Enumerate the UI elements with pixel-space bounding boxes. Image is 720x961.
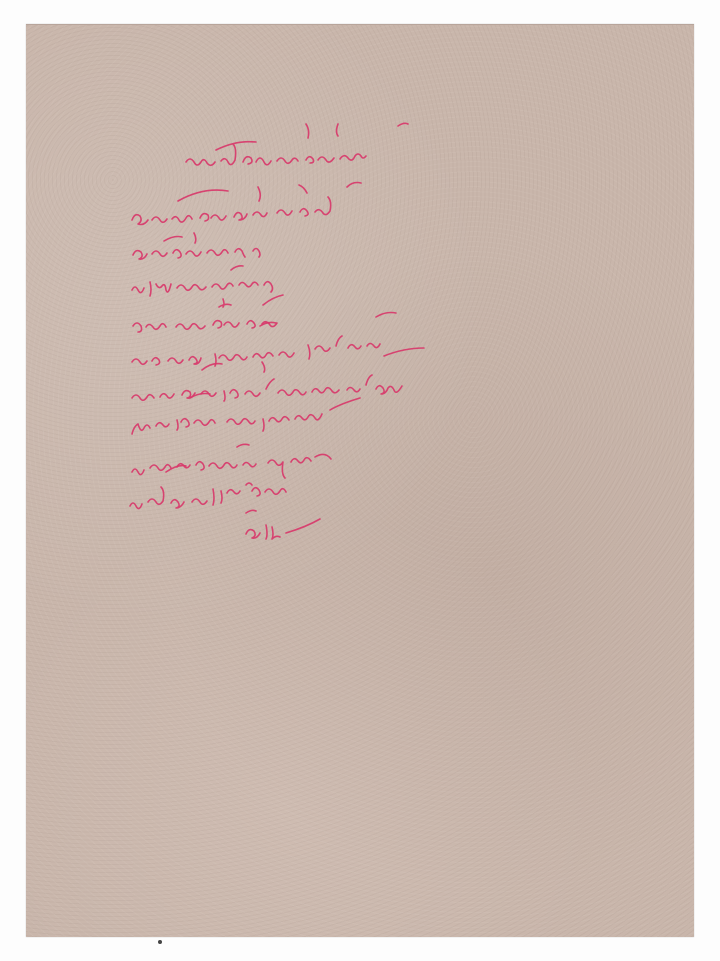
- handwritten-line-7: [132, 394, 360, 435]
- dust-speck: [158, 940, 162, 944]
- handwriting-layer: [0, 0, 720, 961]
- handwritten-line-5: [132, 313, 396, 367]
- handwritten-line-1: [132, 183, 361, 225]
- handwritten-line-8: [132, 444, 331, 478]
- handwritten-line-9: [130, 466, 286, 509]
- handwritten-signature: [246, 510, 320, 539]
- handwritten-line-3: [132, 266, 273, 296]
- handwritten-line-2: [133, 233, 260, 259]
- handwritten-line-6: [132, 348, 424, 401]
- handwritten-title: [186, 123, 408, 165]
